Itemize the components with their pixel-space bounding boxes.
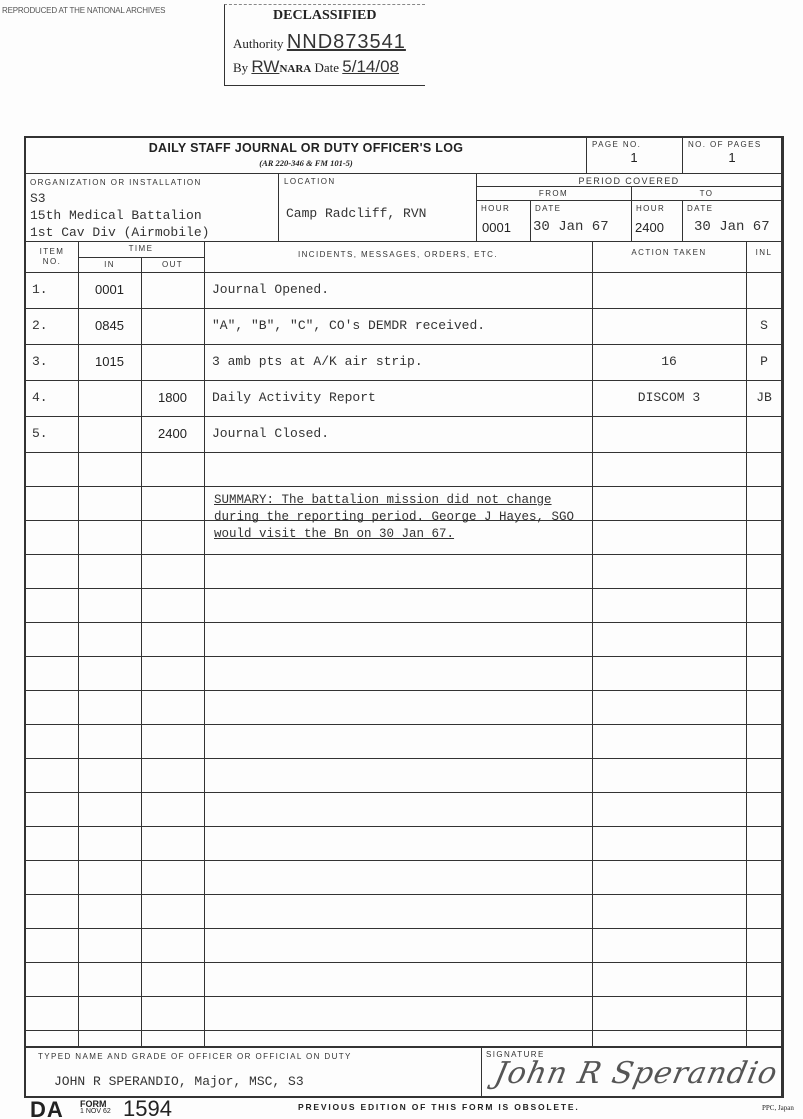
grid-line [26,792,782,793]
grid-line [26,588,782,589]
entry-in: 0845 [78,318,141,333]
grid-line [26,380,782,381]
page-no: 1 [586,150,682,165]
grid-line [26,758,782,759]
org-line: 1st Cav Div (Airmobile) [30,224,209,241]
form-word-label: FORM [80,1100,111,1108]
officer-name: JOHN R SPERANDIO, Major, MSC, S3 [54,1074,304,1089]
no-of-pages: 1 [682,150,782,165]
grid-line [26,894,782,895]
form-da: DA [30,1097,64,1119]
from-date: 30 Jan 67 [533,219,609,235]
grid-line [26,452,782,453]
entry-item: 1. [32,282,72,297]
stamp-authority: Authority NND873541 [233,31,406,54]
out-header: OUT [141,260,204,269]
form-title: DAILY STAFF JOURNAL OR DUTY OFFICER'S LO… [26,141,586,155]
summary-line: would visit the Bn on 30 Jan 67. [214,526,574,543]
grid-line [26,1030,782,1031]
entry-text: "A", "B", "C", CO's DEMDR received. [212,318,592,333]
grid-line [26,690,782,691]
time-header: TIME [78,244,204,253]
officer-label: TYPED NAME AND GRADE OF OFFICER OR OFFIC… [38,1052,352,1061]
grid-line [26,826,782,827]
previous-edition-note: PREVIOUS EDITION OF THIS FORM IS OBSOLET… [298,1102,580,1112]
to-date: 30 Jan 67 [694,219,770,235]
item-header-line1: ITEM [26,247,78,257]
entry-text: 3 amb pts at A/K air strip. [212,354,592,369]
entry-item: 2. [32,318,72,333]
entry-item: 3. [32,354,72,369]
from-date-label: DATE [535,204,561,213]
entry-text: Journal Opened. [212,282,592,297]
form-subtitle: (AR 220-346 & FM 101-5) [26,158,586,168]
declassified-stamp: DECLASSIFIED Authority NND873541 By RWNA… [224,4,425,86]
journal-form: DAILY STAFF JOURNAL OR DUTY OFFICER'S LO… [24,136,784,1098]
entry-item: 5. [32,426,72,441]
in-header: IN [78,260,141,269]
entry-item: 4. [32,390,72,405]
form-date: 1 NOV 62 [80,1108,111,1116]
summary: SUMMARY: The battalion mission did not c… [214,492,574,543]
org-line: 15th Medical Battalion [30,207,209,224]
form-word: FORM 1 NOV 62 [80,1100,111,1116]
organization-label: ORGANIZATION OR INSTALLATION [30,178,202,187]
to-hour-label: HOUR [636,204,665,213]
grid-line [26,308,782,309]
grid-line [26,724,782,725]
location-value: Camp Radcliff, RVN [286,206,426,221]
archive-note: REPRODUCED AT THE NATIONAL ARCHIVES [2,6,165,15]
grid-line [26,344,782,345]
grid-line [26,656,782,657]
entry-in: 1015 [78,354,141,369]
no-of-pages-label: NO. OF PAGES [688,140,762,149]
entry-action: DISCOM 3 [592,390,746,405]
grid-line [26,928,782,929]
item-header-line2: NO. [26,257,78,267]
from-hour-label: HOUR [481,204,510,213]
by-value: RW [251,57,279,76]
authority-label: Authority [233,36,284,51]
grid-line [26,622,782,623]
grid-line [26,272,782,273]
by-label: By [233,60,248,75]
entry-inl: P [746,354,782,369]
location-label: LOCATION [284,177,336,186]
grid-line [26,860,782,861]
printer-note: PPC, Japan [762,1104,794,1112]
date-value: 5/14/08 [342,57,399,76]
page-no-label: PAGE NO. [592,140,641,149]
to-date-label: DATE [687,204,713,213]
to-label: TO [631,189,782,198]
item-no-header: ITEM NO. [26,247,78,267]
stamp-title: DECLASSIFIED [273,8,376,24]
grid-line [204,241,205,1046]
entry-text: Journal Closed. [212,426,592,441]
inl-header: INL [746,248,782,257]
agency: NARA [279,63,311,75]
entry-out: 2400 [141,426,204,441]
org-line: S3 [30,190,209,207]
entry-inl: JB [746,390,782,405]
grid-line [26,554,782,555]
entry-text: Daily Activity Report [212,390,592,405]
grid-line [26,996,782,997]
summary-line: SUMMARY: The battalion mission did not c… [214,492,574,509]
entry-action: 16 [592,354,746,369]
to-hour: 2400 [635,220,664,235]
from-label: FROM [476,189,631,198]
from-hour: 0001 [482,220,511,235]
authority-value: NND873541 [287,31,406,53]
incidents-header: INCIDENTS, MESSAGES, ORDERS, ETC. [204,250,592,259]
entry-inl: S [746,318,782,333]
entry-in: 0001 [78,282,141,297]
signature: John R Sperandio [491,1056,781,1091]
stamp-by: By RWNARA Date 5/14/08 [233,57,399,77]
form-number: 1594 [123,1096,172,1119]
action-header: ACTION TAKEN [592,248,746,257]
grid-line [26,486,782,487]
grid-line [26,416,782,417]
grid-line [26,962,782,963]
organization-value: S3 15th Medical Battalion 1st Cav Div (A… [30,190,209,241]
date-label: Date [314,60,339,75]
summary-line: during the reporting period. George J Ha… [214,509,574,526]
entry-out: 1800 [141,390,204,405]
